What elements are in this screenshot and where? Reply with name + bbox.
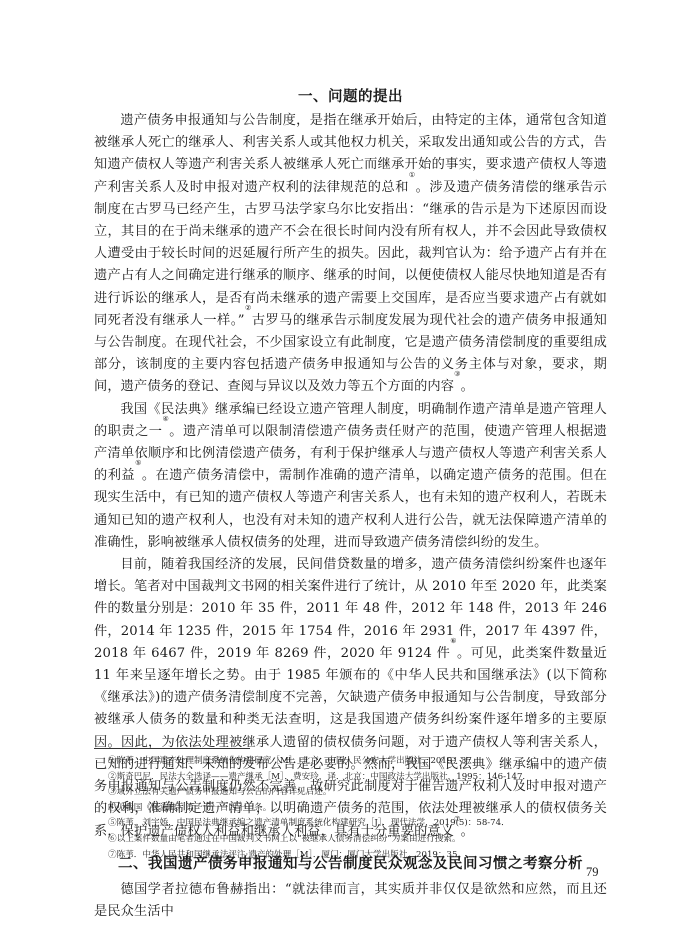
footnote-4: ④见我国《民法典》第一千一百四十七条。 bbox=[108, 801, 608, 817]
footnote-2: ②斯奇巴尼．民法大全选译——遗产继承［M］．费安玲，译．北京：中国政法大学出版社… bbox=[108, 770, 608, 786]
footnote-divider bbox=[94, 748, 250, 749]
footnote-ref-5[interactable]: ⑤ bbox=[135, 459, 142, 467]
footnote-1: ①陈苇．中国遗产处理制度系统化构建研究［M］．北京：中国人民公安大学出版社，20… bbox=[108, 754, 608, 770]
footnote-3: ③域外立法有关遗产债务申报通知与公告的内容详见后述。 bbox=[108, 785, 608, 801]
footnote-6: ⑥以上案件数量由笔者通过在中国裁判文书网上以“被继承人债务清偿纠纷”为案由进行搜… bbox=[108, 832, 608, 848]
footnote-5: ⑤陈苇，刘宇娇．中国民法典继承编之遗产清单制度系统化构建研究［J］．现代法学，2… bbox=[108, 816, 608, 832]
footnote-ref-6[interactable]: ⑥ bbox=[450, 637, 457, 645]
paragraph-2: 我国《民法典》继承编已经设立遗产管理人制度，明确制作遗产清单是遗产管理人的职责之… bbox=[94, 399, 607, 554]
footnote-ref-1[interactable]: ① bbox=[409, 171, 416, 179]
paragraph-1: 遗产债务申报通知与公告制度，是指在继承开始后，由特定的主体，通常包含知道被继承人… bbox=[94, 110, 607, 399]
footnote-ref-3[interactable]: ③ bbox=[454, 370, 460, 378]
footnotes-list: ①陈苇．中国遗产处理制度系统化构建研究［M］．北京：中国人民公安大学出版社，20… bbox=[108, 754, 608, 863]
page-number: 79 bbox=[586, 865, 599, 880]
footnote-7: ⑦陈苇．中华人民共和国继承法评注·遗产的处理［M］．厦门：厦门大学出版社，201… bbox=[108, 848, 608, 864]
section-heading-1: 一、问题的提出 bbox=[94, 86, 607, 108]
footnote-ref-2[interactable]: ② bbox=[245, 304, 252, 312]
paragraph-4: 德国学者拉德布鲁赫指出：“就法律而言，其实质并非仅仅是欲然和应然，而且还是民众生… bbox=[94, 879, 607, 923]
footnote-ref-4[interactable]: ④ bbox=[162, 415, 169, 423]
